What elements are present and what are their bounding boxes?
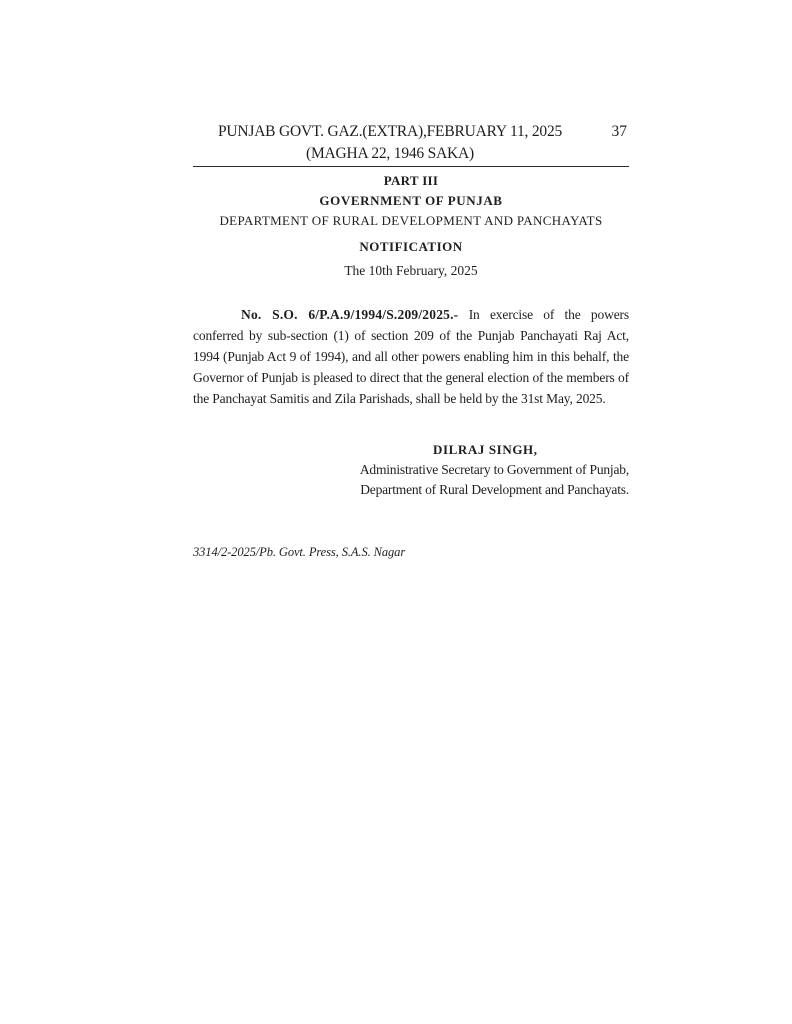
page-number: 37 (612, 121, 628, 143)
press-imprint: 3314/2-2025/Pb. Govt. Press, S.A.S. Naga… (193, 544, 405, 560)
signature-block: DILRAJ SINGH, Administrative Secretary t… (329, 440, 629, 500)
notification-heading: NOTIFICATION (193, 238, 629, 256)
part-label: PART III (193, 172, 629, 190)
saka-date: (MAGHA 22, 1946 SAKA) (193, 143, 629, 165)
department-heading: DEPARTMENT OF RURAL DEVELOPMENT AND PANC… (193, 212, 629, 230)
gazette-title: PUNJAB GOVT. GAZ.(EXTRA),FEBRUARY 11, 20… (193, 121, 629, 143)
signatory-department: Department of Rural Development and Panc… (329, 480, 629, 500)
gazette-header: PUNJAB GOVT. GAZ.(EXTRA),FEBRUARY 11, 20… (193, 121, 629, 165)
notification-date: The 10th February, 2025 (193, 262, 629, 280)
header-rule (193, 166, 629, 167)
signatory-title: Administrative Secretary to Government o… (329, 460, 629, 480)
signatory-name: DILRAJ SINGH, (329, 440, 629, 460)
government-heading: GOVERNMENT OF PUNJAB (193, 192, 629, 210)
notification-reference: No. S.O. 6/P.A.9/1994/S.209/2025.- (241, 307, 458, 322)
notification-body: No. S.O. 6/P.A.9/1994/S.209/2025.- In ex… (193, 304, 629, 409)
